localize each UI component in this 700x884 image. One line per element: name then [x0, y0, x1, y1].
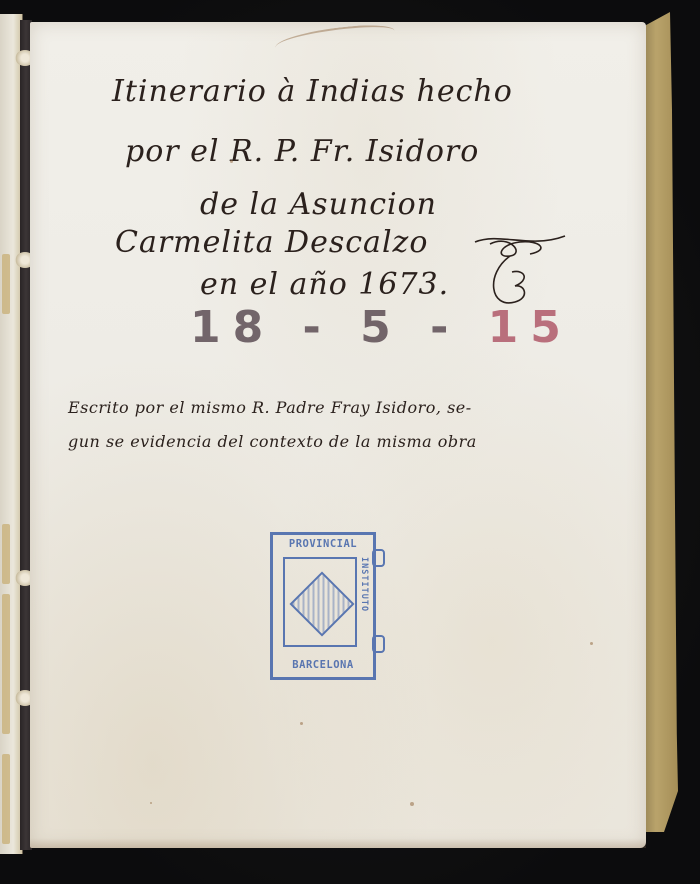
shelfmark-number: 18 - 5 - 15: [190, 302, 573, 353]
stamp-clasp-icon: [372, 635, 385, 653]
library-stamp: PROVINCIAL INSTITUTO BARCELONA: [270, 532, 376, 680]
title-line-5: en el año 1673.: [200, 267, 449, 302]
stamp-top-text: PROVINCIAL: [273, 538, 373, 550]
attribution-note-line-2: gun se evidencia del contexto de la mism…: [68, 432, 477, 451]
stamp-diamond-emblem-icon: [289, 571, 354, 636]
title-line-2: por el R. P. Fr. Isidoro: [125, 134, 479, 169]
title-line-3: de la Asuncion: [200, 187, 437, 222]
stamp-bottom-text: BARCELONA: [273, 659, 373, 671]
page-bottom-edge: [30, 838, 646, 848]
shelfmark-part-1: 18 - 5 -: [190, 302, 460, 353]
title-line-1: Itinerario à Indias hecho: [112, 74, 513, 109]
stamp-side-text: INSTITUTO: [359, 557, 369, 612]
shelfmark-part-2: 15: [488, 302, 573, 353]
manuscript-page: Itinerario à Indias hecho por el R. P. F…: [30, 22, 646, 848]
stamp-clasp-icon: [372, 549, 385, 567]
paper-crease: [274, 22, 396, 56]
rubric-flourish-icon: [470, 214, 580, 314]
title-line-4: Carmelita Descalzo: [115, 225, 428, 260]
stamp-inner-frame: [283, 557, 357, 647]
attribution-note-line-1: Escrito por el mismo R. Padre Fray Isido…: [68, 398, 472, 417]
